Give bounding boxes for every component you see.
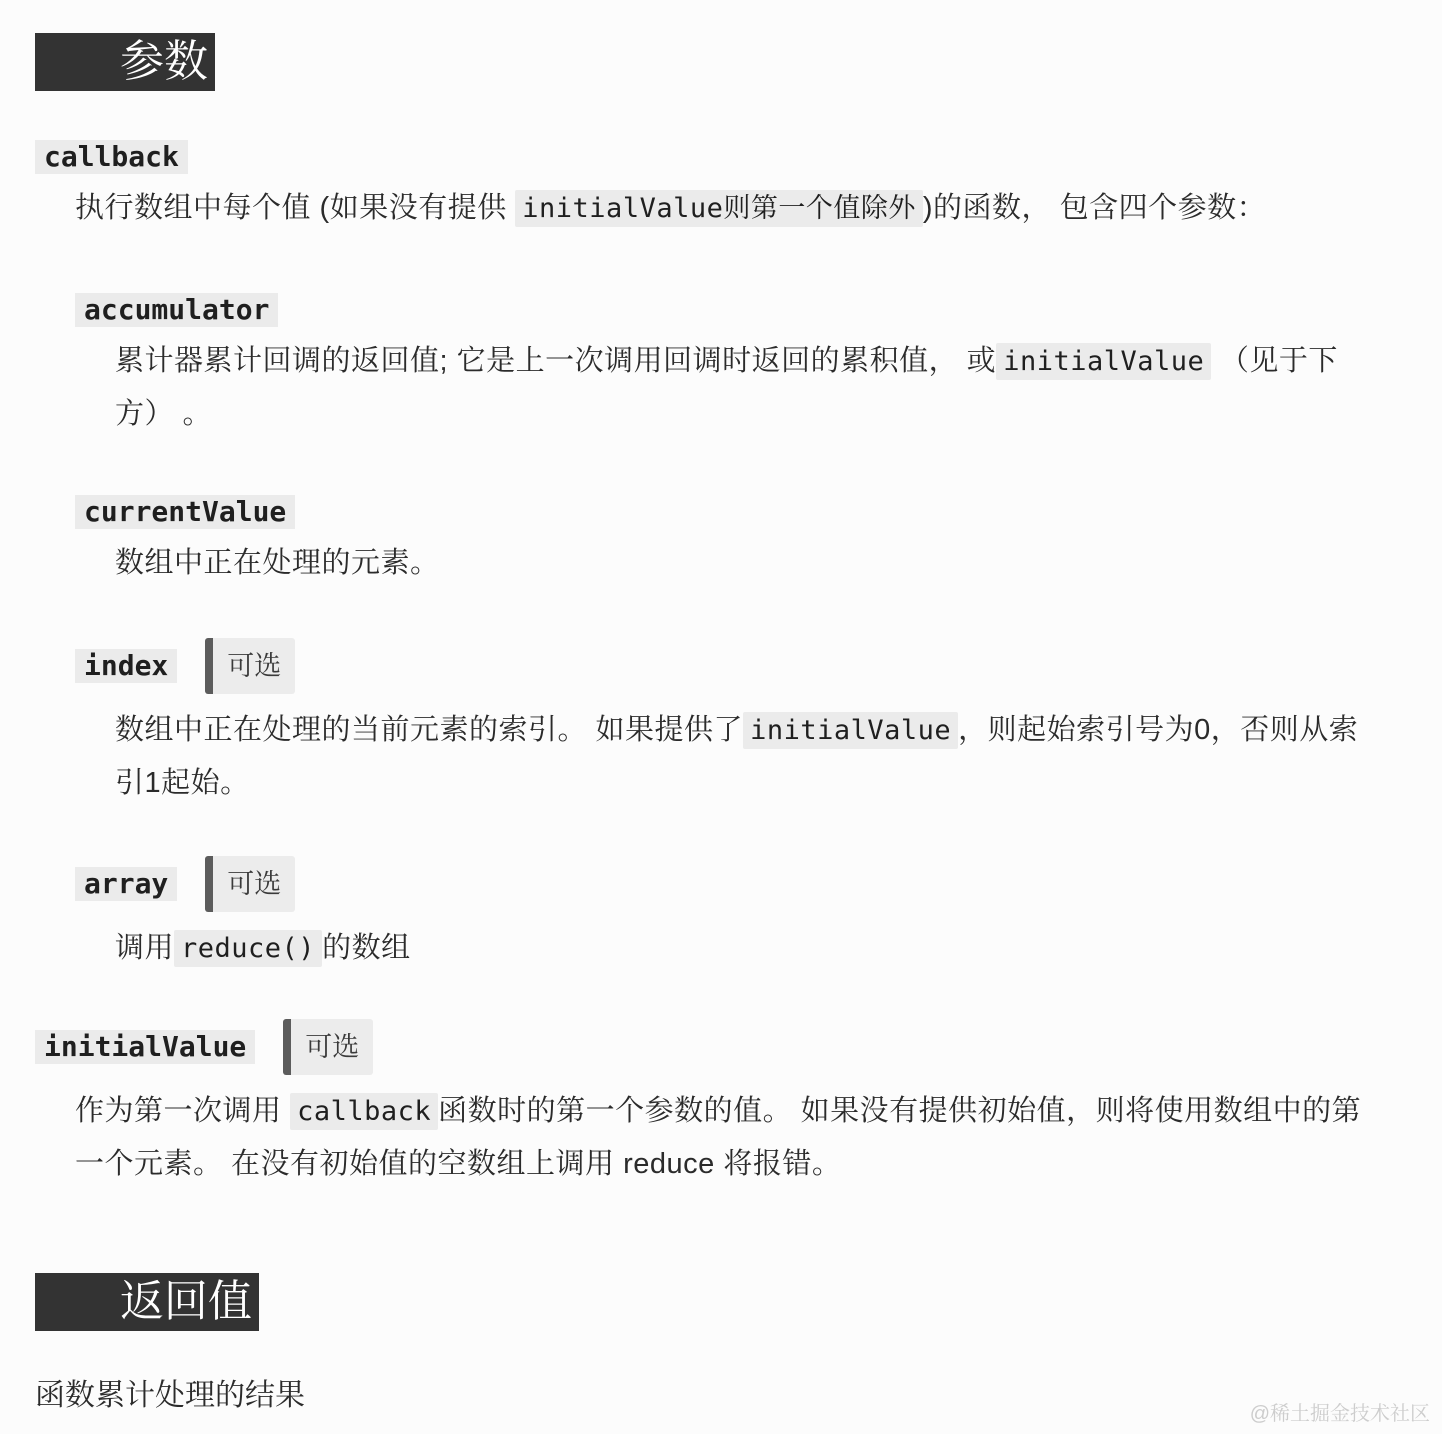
param-block-currentvalue: currentValue 数组中正在处理的元素。 xyxy=(0,495,1442,590)
optional-badge-array: 可选 xyxy=(205,856,295,912)
param-block-initialvalue: initialValue 可选 作为第一次调用 callback函数时的第一个参… xyxy=(0,1019,1442,1191)
section-title-parameters: 参数 xyxy=(35,33,215,91)
param-block-array: array 可选 调用reduce()的数组 xyxy=(0,856,1442,975)
param-description-accumulator: 累计器累计回调的返回值; 它是上一次调用回调时返回的累积值， 或initialV… xyxy=(115,335,1362,441)
param-description-callback: 执行数组中每个值 (如果没有提供 initialValue则第一个值除外)的函数… xyxy=(75,182,1362,235)
param-description-currentvalue: 数组中正在处理的元素。 xyxy=(115,537,1362,590)
param-name-index: index xyxy=(75,649,177,683)
param-name-currentvalue: currentValue xyxy=(75,495,295,529)
param-block-callback: callback 执行数组中每个值 (如果没有提供 initialValue则第… xyxy=(0,140,1442,235)
optional-badge-initialvalue: 可选 xyxy=(283,1019,373,1075)
optional-badge-index: 可选 xyxy=(205,638,295,694)
param-block-index: index 可选 数组中正在处理的当前元素的索引。 如果提供了initialVa… xyxy=(0,638,1442,810)
param-name-array: array xyxy=(75,867,177,901)
param-name-callback: callback xyxy=(35,140,188,174)
param-name-initialvalue: initialValue xyxy=(35,1030,255,1064)
returns-description: 函数累计处理的结果 xyxy=(35,1375,1362,1417)
param-name-accumulator: accumulator xyxy=(75,293,278,327)
param-description-array: 调用reduce()的数组 xyxy=(115,922,1362,975)
param-block-accumulator: accumulator 累计器累计回调的返回值; 它是上一次调用回调时返回的累积… xyxy=(0,293,1442,441)
param-description-index: 数组中正在处理的当前元素的索引。 如果提供了initialValue，则起始索引… xyxy=(115,704,1362,810)
section-title-returns: 返回值 xyxy=(35,1273,259,1331)
param-description-initialvalue: 作为第一次调用 callback函数时的第一个参数的值。 如果没有提供初始值，则… xyxy=(75,1085,1362,1191)
watermark: @稀土掘金技术社区 xyxy=(1250,1397,1430,1426)
